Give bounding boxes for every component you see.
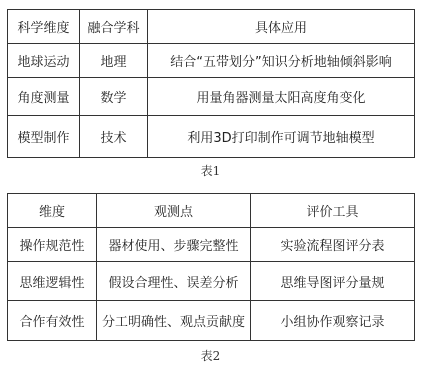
header-cell: 评价工具	[251, 194, 415, 228]
table-row: 角度测量 数学 用量角器测量太阳高度角变化	[8, 78, 415, 116]
table-row: 地球运动 地理 结合“五带划分”知识分析地轴倾斜影响	[8, 44, 415, 78]
table-cell: 实验流程图评分表	[251, 228, 415, 262]
table-cell: 操作规范性	[8, 228, 97, 262]
table-cell: 合作有效性	[8, 301, 97, 341]
table-2-caption: 表2	[0, 347, 421, 364]
header-cell: 观测点	[97, 194, 251, 228]
table-cell: 小组协作观察记录	[251, 301, 415, 341]
header-cell: 维度	[8, 194, 97, 228]
table-row: 合作有效性 分工明确性、观点贡献度 小组协作观察记录	[8, 301, 415, 341]
table-2: 维度 观测点 评价工具 操作规范性 器材使用、步骤完整性 实验流程图评分表 思维…	[7, 193, 415, 341]
table-1-caption: 表1	[0, 162, 421, 179]
header-cell: 具体应用	[148, 10, 415, 44]
table-cell: 地球运动	[8, 44, 80, 78]
table-header-row: 科学维度 融合学科 具体应用	[8, 10, 415, 44]
table-cell: 数学	[80, 78, 148, 116]
table-cell: 利用3D打印制作可调节地轴模型	[148, 116, 415, 158]
table-cell: 地理	[80, 44, 148, 78]
table-1: 科学维度 融合学科 具体应用 地球运动 地理 结合“五带划分”知识分析地轴倾斜影…	[7, 9, 415, 158]
header-cell: 融合学科	[80, 10, 148, 44]
table-cell: 结合“五带划分”知识分析地轴倾斜影响	[148, 44, 415, 78]
table-cell: 器材使用、步骤完整性	[97, 228, 251, 262]
table-cell: 模型制作	[8, 116, 80, 158]
table-cell: 分工明确性、观点贡献度	[97, 301, 251, 341]
table-cell: 用量角器测量太阳高度角变化	[148, 78, 415, 116]
table-cell: 假设合理性、误差分析	[97, 262, 251, 301]
table-cell: 思维逻辑性	[8, 262, 97, 301]
table-row: 模型制作 技术 利用3D打印制作可调节地轴模型	[8, 116, 415, 158]
header-cell: 科学维度	[8, 10, 80, 44]
table-cell: 技术	[80, 116, 148, 158]
table-header-row: 维度 观测点 评价工具	[8, 194, 415, 228]
table-cell: 思维导图评分量规	[251, 262, 415, 301]
table-row: 操作规范性 器材使用、步骤完整性 实验流程图评分表	[8, 228, 415, 262]
table-cell: 角度测量	[8, 78, 80, 116]
table-row: 思维逻辑性 假设合理性、误差分析 思维导图评分量规	[8, 262, 415, 301]
